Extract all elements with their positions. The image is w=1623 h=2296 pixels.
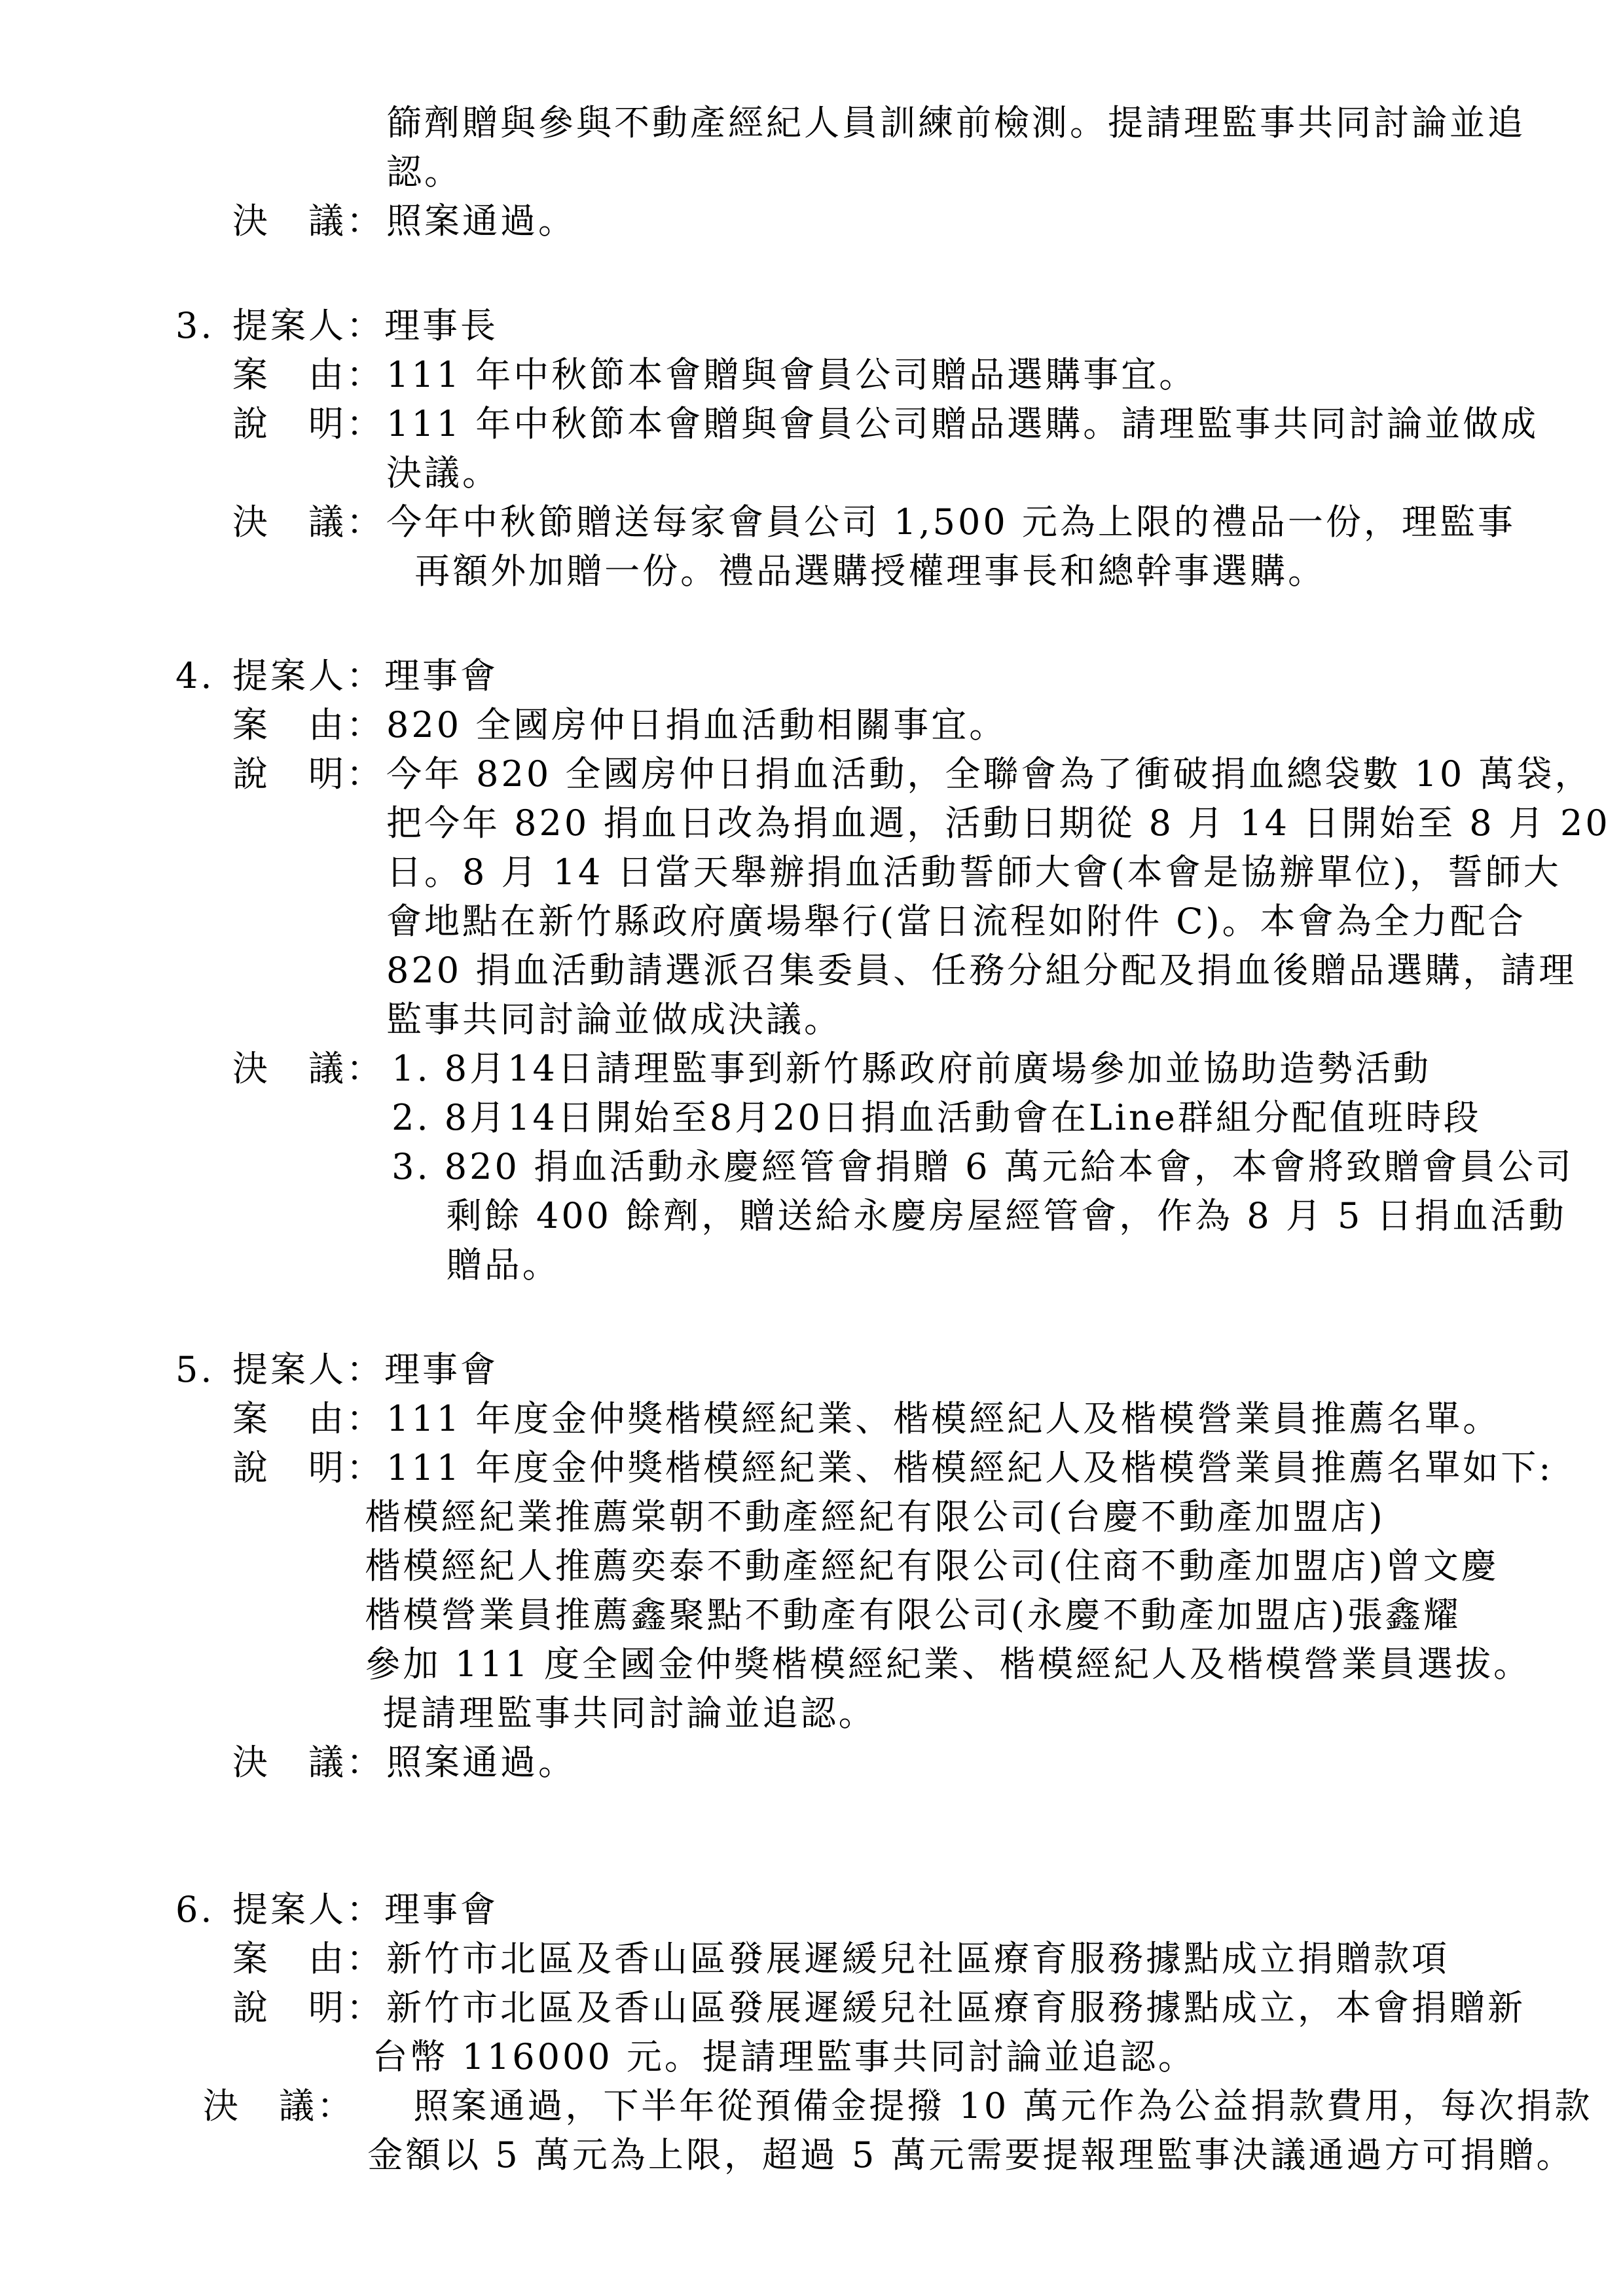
proposal-body: 篩劑贈與參與不動產經紀人員訓練前檢測。提請理監事共同討論並追認。 決 議： 照案… <box>175 98 1597 245</box>
proposal-body: 案 由： 新竹市北區及香山區發展遲緩兒社區療育服務據點成立捐贈款項 說 明： 新… <box>175 1934 1597 2179</box>
text-line: 剩餘 400 餘劑，贈送給永慶房屋經管會，作為 8 月 5 日捐血活動 <box>386 1191 1597 1240</box>
field-label: 案 由： <box>232 1934 386 1983</box>
field-content: 篩劑贈與參與不動產經紀人員訓練前檢測。提請理監事共同討論並追認。 <box>386 98 1597 196</box>
field-content: 1. 8月14日請理監事到新竹縣政府前廣場參加並協助造勢活動2. 8月14日開始… <box>386 1044 1597 1289</box>
text-line: 提請理監事共同討論並追認。 <box>383 1689 1597 1738</box>
field-row: 案 由： 820 全國房仲日捐血活動相關事宜。 <box>232 700 1597 749</box>
field-label: 說 明： <box>232 1443 386 1492</box>
proposer-name: 理事會 <box>384 1889 498 1930</box>
text-line: 金額以 5 萬元為上限，超過 5 萬元需要提報理監事決議通過方可捐贈。 <box>357 2130 1597 2179</box>
text-line: 台幣 116000 元。提請理監事共同討論並追認。 <box>372 2032 1597 2081</box>
field-label: 案 由： <box>232 1394 386 1443</box>
text-line: 照案通過。 <box>386 1738 1597 1787</box>
text-line: 楷模營業員推薦鑫聚點不動產有限公司(永慶不動產加盟店)張鑫耀 <box>365 1590 1597 1640</box>
field-content: 今年 820 全國房仲日捐血活動，全聯會為了衝破捐血總袋數 10 萬袋，把今年 … <box>386 749 1597 1044</box>
field-row: 說 明： 今年 820 全國房仲日捐血活動，全聯會為了衝破捐血總袋數 10 萬袋… <box>232 749 1597 1044</box>
text-line: 1. 8月14日請理監事到新竹縣政府前廣場參加並協助造勢活動 <box>386 1044 1597 1093</box>
text-line: 820 全國房仲日捐血活動相關事宜。 <box>386 700 1597 749</box>
field-content: 111 年度金仲獎楷模經紀業、楷模經紀人及楷模營業員推薦名單如下:楷模經紀業推薦… <box>386 1443 1597 1738</box>
proposer-label: 提案人： <box>232 1349 384 1390</box>
text-line: 楷模經紀業推薦棠朝不動產經紀有限公司(台慶不動產加盟店) <box>365 1492 1597 1541</box>
field-content: 新竹市北區及香山區發展遲緩兒社區療育服務據點成立捐贈款項 <box>386 1934 1597 1983</box>
proposer-name: 理事會 <box>384 655 498 696</box>
field-content: 111 年中秋節本會贈與會員公司贈品選購。請理監事共同討論並做成決議。 <box>386 399 1597 497</box>
document-page: 篩劑贈與參與不動產經紀人員訓練前檢測。提請理監事共同討論並追認。 決 議： 照案… <box>0 0 1623 2296</box>
text-line: 照案通過，下半年從預備金提撥 10 萬元作為公益捐款費用，每次捐款 <box>357 2081 1597 2130</box>
proposal-number: 5. <box>175 1345 232 1394</box>
proposal-section: 6.提案人：理事會 案 由： 新竹市北區及香山區發展遲緩兒社區療育服務據點成立捐… <box>175 1885 1597 2179</box>
field-row: 說 明： 新竹市北區及香山區發展遲緩兒社區療育服務據點成立，本會捐贈新台幣 11… <box>232 1983 1597 2081</box>
proposal-number: 4. <box>175 651 232 700</box>
text-line: 參加 111 度全國金仲獎楷模經紀業、楷模經紀人及楷模營業員選拔。 <box>365 1640 1597 1689</box>
field-row: 決 議： 照案通過。 <box>232 196 1597 245</box>
field-row: 案 由： 111 年度金仲獎楷模經紀業、楷模經紀人及楷模營業員推薦名單。 <box>232 1394 1597 1443</box>
field-label: 說 明： <box>232 749 386 798</box>
field-label: 決 議： <box>232 1044 386 1093</box>
proposal-number: 6. <box>175 1885 232 1934</box>
proposer-name: 理事長 <box>384 305 498 346</box>
field-row: 決 議： 1. 8月14日請理監事到新竹縣政府前廣場參加並協助造勢活動2. 8月… <box>232 1044 1597 1289</box>
text-line: 日。8 月 14 日當天舉辦捐血活動誓師大會(本會是協辦單位)，誓師大 <box>386 848 1597 897</box>
proposer-label: 提案人： <box>232 655 384 696</box>
text-line: 新竹市北區及香山區發展遲緩兒社區療育服務據點成立捐贈款項 <box>386 1934 1597 1983</box>
proposal-body: 案 由： 111 年度金仲獎楷模經紀業、楷模經紀人及楷模營業員推薦名單。 說 明… <box>175 1394 1597 1787</box>
field-row: 篩劑贈與參與不動產經紀人員訓練前檢測。提請理監事共同討論並追認。 <box>232 98 1597 196</box>
field-content: 照案通過，下半年從預備金提撥 10 萬元作為公益捐款費用，每次捐款金額以 5 萬… <box>357 2081 1597 2179</box>
field-label: 案 由： <box>232 350 386 399</box>
proposal-section: 篩劑贈與參與不動產經紀人員訓練前檢測。提請理監事共同討論並追認。 決 議： 照案… <box>175 98 1597 245</box>
field-content: 111 年度金仲獎楷模經紀業、楷模經紀人及楷模營業員推薦名單。 <box>386 1394 1597 1443</box>
proposal-body: 案 由： 111 年中秋節本會贈與會員公司贈品選購事宜。 說 明： 111 年中… <box>175 350 1597 596</box>
field-content: 820 全國房仲日捐血活動相關事宜。 <box>386 700 1597 749</box>
field-row: 案 由： 新竹市北區及香山區發展遲緩兒社區療育服務據點成立捐贈款項 <box>232 1934 1597 1983</box>
text-line: 再額外加贈一份。禮品選購授權理事長和總幹事選購。 <box>386 547 1597 596</box>
field-content: 新竹市北區及香山區發展遲緩兒社區療育服務據點成立，本會捐贈新台幣 116000 … <box>386 1983 1597 2081</box>
proposal-section: 3.提案人：理事長 案 由： 111 年中秋節本會贈與會員公司贈品選購事宜。 說… <box>175 301 1597 596</box>
field-row: 案 由： 111 年中秋節本會贈與會員公司贈品選購事宜。 <box>232 350 1597 399</box>
text-line: 3. 820 捐血活動永慶經管會捐贈 6 萬元給本會，本會將致贈會員公司 <box>386 1142 1597 1191</box>
text-line: 111 年中秋節本會贈與會員公司贈品選購事宜。 <box>386 350 1597 399</box>
text-line: 篩劑贈與參與不動產經紀人員訓練前檢測。提請理監事共同討論並追 <box>386 98 1597 147</box>
text-line: 820 捐血活動請選派召集委員、任務分組分配及捐血後贈品選購，請理 <box>386 946 1597 995</box>
field-label: 案 由： <box>232 700 386 749</box>
text-line: 認。 <box>386 147 1597 196</box>
field-row: 說 明： 111 年度金仲獎楷模經紀業、楷模經紀人及楷模營業員推薦名單如下:楷模… <box>232 1443 1597 1738</box>
proposer-label: 提案人： <box>232 1889 384 1930</box>
proposal-heading: 3.提案人：理事長 <box>175 301 1597 350</box>
text-line: 今年中秋節贈送每家會員公司 1,500 元為上限的禮品一份，理監事 <box>386 497 1597 547</box>
proposal-heading: 6.提案人：理事會 <box>175 1885 1597 1934</box>
text-line: 監事共同討論並做成決議。 <box>386 995 1597 1044</box>
text-line: 111 年度金仲獎楷模經紀業、楷模經紀人及楷模營業員推薦名單如下: <box>386 1443 1597 1492</box>
field-content: 111 年中秋節本會贈與會員公司贈品選購事宜。 <box>386 350 1597 399</box>
field-row: 決 議： 照案通過。 <box>232 1738 1597 1787</box>
proposal-body: 案 由： 820 全國房仲日捐血活動相關事宜。 說 明： 今年 820 全國房仲… <box>175 700 1597 1289</box>
field-label: 決 議： <box>232 196 386 245</box>
field-label: 說 明： <box>232 1983 386 2032</box>
text-line: 楷模經紀人推薦奕泰不動產經紀有限公司(住商不動產加盟店)曾文慶 <box>365 1541 1597 1590</box>
text-line: 新竹市北區及香山區發展遲緩兒社區療育服務據點成立，本會捐贈新 <box>386 1983 1597 2032</box>
text-line: 把今年 820 捐血日改為捐血週，活動日期從 8 月 14 日開始至 8 月 2… <box>386 798 1597 848</box>
text-line: 會地點在新竹縣政府廣場舉行(當日流程如附件 C)。本會為全力配合 <box>386 897 1597 946</box>
field-content: 今年中秋節贈送每家會員公司 1,500 元為上限的禮品一份，理監事再額外加贈一份… <box>386 497 1597 596</box>
text-line: 照案通過。 <box>386 196 1597 245</box>
field-row: 決 議： 照案通過，下半年從預備金提撥 10 萬元作為公益捐款費用，每次捐款金額… <box>203 2081 1597 2179</box>
text-line: 贈品。 <box>386 1240 1597 1289</box>
proposer-label: 提案人： <box>232 305 384 346</box>
text-line: 今年 820 全國房仲日捐血活動，全聯會為了衝破捐血總袋數 10 萬袋， <box>386 749 1597 798</box>
field-label: 決 議： <box>232 497 386 547</box>
field-content: 照案通過。 <box>386 1738 1597 1787</box>
proposal-heading: 4.提案人：理事會 <box>175 651 1597 700</box>
proposal-section: 5.提案人：理事會 案 由： 111 年度金仲獎楷模經紀業、楷模經紀人及楷模營業… <box>175 1345 1597 1787</box>
proposal-heading: 5.提案人：理事會 <box>175 1345 1597 1394</box>
proposal-number: 3. <box>175 301 232 350</box>
proposer-name: 理事會 <box>384 1349 498 1390</box>
field-label: 決 議： <box>203 2081 357 2130</box>
field-content: 照案通過。 <box>386 196 1597 245</box>
text-line: 2. 8月14日開始至8月20日捐血活動會在Line群組分配值班時段 <box>386 1093 1597 1142</box>
text-line: 111 年度金仲獎楷模經紀業、楷模經紀人及楷模營業員推薦名單。 <box>386 1394 1597 1443</box>
field-label: 決 議： <box>232 1738 386 1787</box>
field-row: 說 明： 111 年中秋節本會贈與會員公司贈品選購。請理監事共同討論並做成決議。 <box>232 399 1597 497</box>
field-label: 說 明： <box>232 399 386 448</box>
field-row: 決 議： 今年中秋節贈送每家會員公司 1,500 元為上限的禮品一份，理監事再額… <box>232 497 1597 596</box>
text-line: 決議。 <box>386 448 1597 497</box>
proposal-section: 4.提案人：理事會 案 由： 820 全國房仲日捐血活動相關事宜。 說 明： 今… <box>175 651 1597 1289</box>
text-line: 111 年中秋節本會贈與會員公司贈品選購。請理監事共同討論並做成 <box>386 399 1597 448</box>
